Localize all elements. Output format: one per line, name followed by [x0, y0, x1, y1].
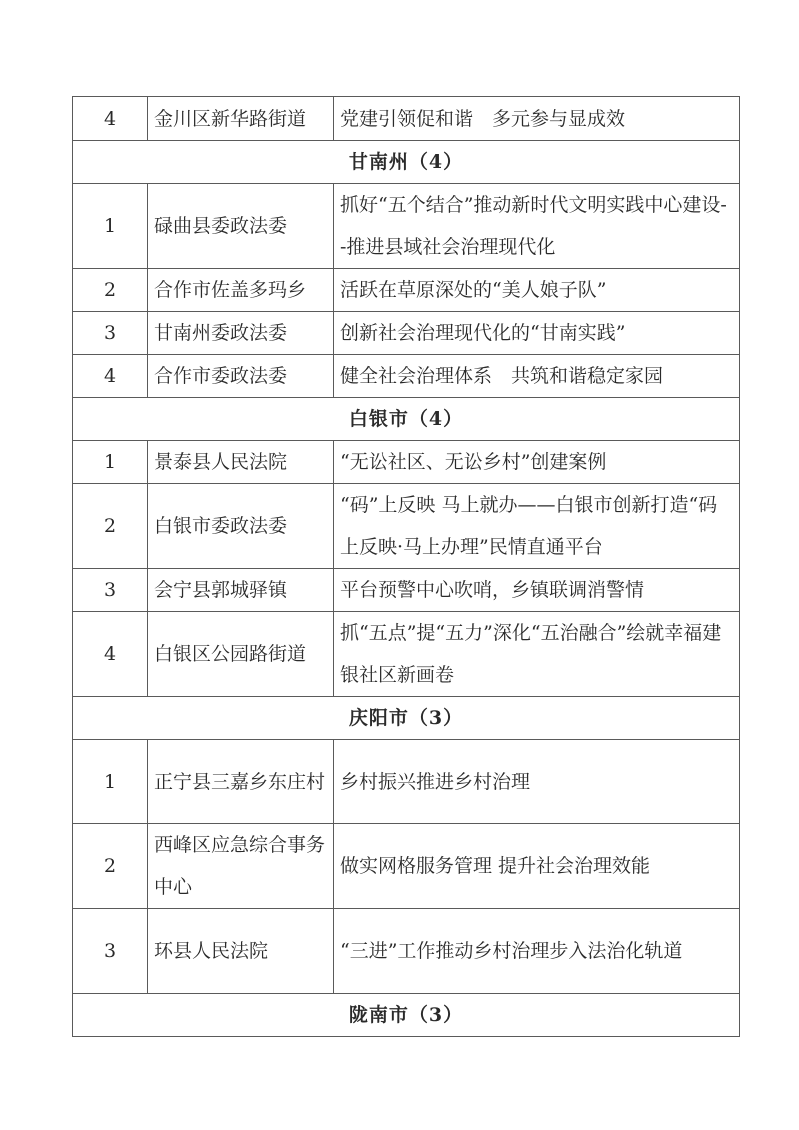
case-title-cell: 健全社会治理体系 共筑和谐稳定家园	[334, 355, 740, 398]
row-number: 4	[73, 97, 148, 141]
table-row: 3 甘南州委政法委 创新社会治理现代化的“甘南实践”	[73, 312, 740, 355]
case-title-cell: 乡村振兴推进乡村治理	[334, 740, 740, 824]
case-title-cell: 党建引领促和谐 多元参与显成效	[334, 97, 740, 141]
row-number: 2	[73, 824, 148, 909]
organization-cell: 正宁县三嘉乡东庄村	[148, 740, 334, 824]
table-row: 1 景泰县人民法院 “无讼社区、无讼乡村”创建案例	[73, 441, 740, 484]
case-list-table: 4 金川区新华路街道 党建引领促和谐 多元参与显成效 甘南州（4） 1 碌曲县委…	[72, 96, 740, 1037]
case-title-cell: 抓“五点”提“五力”深化“五治融合”绘就幸福建银社区新画卷	[334, 612, 740, 697]
case-title-cell: “无讼社区、无讼乡村”创建案例	[334, 441, 740, 484]
row-number: 4	[73, 355, 148, 398]
table-row: 1 碌曲县委政法委 抓好“五个结合”推动新时代文明实践中心建设--推进县域社会治…	[73, 184, 740, 269]
row-number: 3	[73, 312, 148, 355]
organization-cell: 碌曲县委政法委	[148, 184, 334, 269]
case-title-cell: “码”上反映 马上就办——白银市创新打造“码上反映·马上办理”民情直通平台	[334, 484, 740, 569]
group-header-qingyang: 庆阳市（3）	[73, 697, 740, 740]
organization-cell: 合作市委政法委	[148, 355, 334, 398]
table-row: 2 合作市佐盖多玛乡 活跃在草原深处的“美人娘子队”	[73, 269, 740, 312]
group-header-baiyin: 白银市（4）	[73, 398, 740, 441]
row-number: 1	[73, 740, 148, 824]
table-row: 2 西峰区应急综合事务中心 做实网格服务管理 提升社会治理效能	[73, 824, 740, 909]
row-number: 3	[73, 569, 148, 612]
case-title-cell: 活跃在草原深处的“美人娘子队”	[334, 269, 740, 312]
group-header-row: 庆阳市（3）	[73, 697, 740, 740]
group-header-longnan: 陇南市（3）	[73, 994, 740, 1037]
row-number: 2	[73, 269, 148, 312]
case-title-cell: 平台预警中心吹哨，乡镇联调消警情	[334, 569, 740, 612]
group-header-gannan: 甘南州（4）	[73, 141, 740, 184]
organization-cell: 西峰区应急综合事务中心	[148, 824, 334, 909]
organization-cell: 合作市佐盖多玛乡	[148, 269, 334, 312]
organization-cell: 白银区公园路街道	[148, 612, 334, 697]
case-title-cell: “三进”工作推动乡村治理步入法治化轨道	[334, 909, 740, 994]
organization-cell: 会宁县郭城驿镇	[148, 569, 334, 612]
case-title-cell: 做实网格服务管理 提升社会治理效能	[334, 824, 740, 909]
table-row: 3 会宁县郭城驿镇 平台预警中心吹哨，乡镇联调消警情	[73, 569, 740, 612]
organization-cell: 环县人民法院	[148, 909, 334, 994]
case-title-cell: 抓好“五个结合”推动新时代文明实践中心建设--推进县域社会治理现代化	[334, 184, 740, 269]
organization-cell: 金川区新华路街道	[148, 97, 334, 141]
organization-cell: 白银市委政法委	[148, 484, 334, 569]
table-row: 4 金川区新华路街道 党建引领促和谐 多元参与显成效	[73, 97, 740, 141]
table-row: 4 白银区公园路街道 抓“五点”提“五力”深化“五治融合”绘就幸福建银社区新画卷	[73, 612, 740, 697]
table-row: 4 合作市委政法委 健全社会治理体系 共筑和谐稳定家园	[73, 355, 740, 398]
group-header-row: 陇南市（3）	[73, 994, 740, 1037]
row-number: 2	[73, 484, 148, 569]
table-row: 1 正宁县三嘉乡东庄村 乡村振兴推进乡村治理	[73, 740, 740, 824]
row-number: 4	[73, 612, 148, 697]
group-header-row: 白银市（4）	[73, 398, 740, 441]
row-number: 3	[73, 909, 148, 994]
case-title-cell: 创新社会治理现代化的“甘南实践”	[334, 312, 740, 355]
group-header-row: 甘南州（4）	[73, 141, 740, 184]
row-number: 1	[73, 184, 148, 269]
organization-cell: 景泰县人民法院	[148, 441, 334, 484]
organization-cell: 甘南州委政法委	[148, 312, 334, 355]
table-row: 3 环县人民法院 “三进”工作推动乡村治理步入法治化轨道	[73, 909, 740, 994]
table-row: 2 白银市委政法委 “码”上反映 马上就办——白银市创新打造“码上反映·马上办理…	[73, 484, 740, 569]
row-number: 1	[73, 441, 148, 484]
